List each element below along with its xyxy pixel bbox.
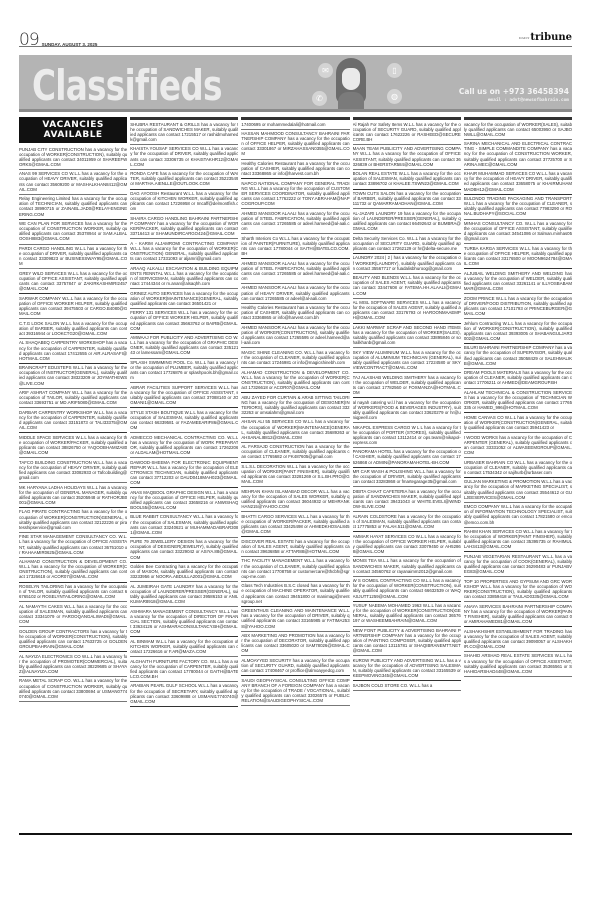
classified-ad: YUSUF NAEEMA MOHAMED 1963 W.L.L has a va… bbox=[353, 602, 461, 627]
classified-ad: RAMA METAL SCRAP CO. W.L.L has a vacancy… bbox=[19, 677, 127, 702]
classified-ad: ARAAQ ALKALLI EXCAVATION & BUILDING EQUI… bbox=[130, 264, 238, 289]
classified-ad: ABRAR FACILITIES SUPPORT SERVICES W.L.L … bbox=[130, 383, 238, 408]
classified-ad: DISCOVER REAL ESTATE has a vacancy for t… bbox=[241, 537, 349, 557]
classified-ad: PARDI CARGO HANDLING W.L.L has a vacancy… bbox=[19, 245, 127, 270]
classified-ad: Relay Engineering Limited has a vacancy … bbox=[19, 195, 127, 220]
classified-ad: KUROW PUBLICITY AND ADVERTISING W.L.L ha… bbox=[353, 656, 461, 681]
classified-ad: C.T.G LOOK SALON W.L.L has a vacancy for… bbox=[19, 319, 127, 339]
section-heading: VACANCIES AVAILABLE bbox=[19, 117, 127, 143]
classified-ad: SAJBON COLD STORE CO. W.L.L has a bbox=[353, 681, 461, 691]
classified-ad: GOLDEN GROUP CONTRACTORS has a vacancy f… bbox=[19, 627, 127, 652]
classified-ad: URBASER BAHRAIN CO W.L.L has a vacancy f… bbox=[464, 458, 572, 478]
footer-rule-right bbox=[242, 833, 572, 835]
ads-list: Al Rajah For Safety Items W.L.L has a va… bbox=[353, 120, 461, 691]
classified-ad: NAPCO NATIONAL COMPANY FOR GENERAL TRADI… bbox=[241, 179, 349, 209]
classified-ad: MAGIC SHINE CLEANING CO. W.L.L has a vac… bbox=[241, 348, 349, 368]
classified-ad: LAUNDRY 2024 | 2 | has a vacancy for the… bbox=[353, 254, 461, 274]
classified-ad: Healthy Calories Restaurant has a vacanc… bbox=[241, 160, 349, 180]
banner-bottom-stripe bbox=[19, 109, 572, 112]
classified-ad: ARIF ASHRAT COMPANY W.L.L has a vacancy … bbox=[19, 389, 127, 409]
classified-ad: SKY VIEW ALUMINIUM W.L.L has a vacancy f… bbox=[353, 348, 461, 373]
ads-list: 17400695 or mohammedalali@hotmail.comHAS… bbox=[241, 120, 349, 706]
classified-ad: Golden Bee Contracting has a vacancy for… bbox=[130, 563, 238, 583]
classified-ad: AHMED MANSOOR ALAALI has a vacancy for t… bbox=[241, 259, 349, 284]
ads-list: SHUBRA RESTAURANT & GRILLS has a vacancy… bbox=[130, 120, 238, 707]
classified-ad: ALGHAITH FURNITURE FACTORY CO. W.L.L has… bbox=[130, 657, 238, 682]
classified-ad: PURE 79 JEWELLERY DESIGN has a vacancy f… bbox=[130, 538, 238, 563]
classified-ad: AHSAN ALI 55 SERVICES CO W.L.L has a vac… bbox=[241, 418, 349, 443]
call-number: Call us on +973 36458394 bbox=[459, 87, 569, 96]
classified-ad: Glass Tech Industries B.S.C closed has a… bbox=[241, 582, 349, 607]
classified-ad: WE CAN PLAN FOR SERVICES has a vacancy f… bbox=[19, 220, 127, 245]
classified-ad: PUNJAB CITY CONSTRUCTION has a vacancy f… bbox=[19, 145, 127, 170]
classified-ad: GREENTHUS CLEANING AND MAINTENANCE W.L.L… bbox=[241, 607, 349, 632]
publication-logo: DAILYtribune bbox=[519, 32, 572, 43]
classified-ad: ALMOAYYED SECURITY has a vacancy for the… bbox=[241, 656, 349, 676]
classified-ad: Jehlum Contracting W.L.L has a vacancy f… bbox=[464, 319, 572, 344]
classified-ad: BEAUTY AND BLENDS W.L.L has a vacancy fo… bbox=[353, 274, 461, 299]
classified-ad: ABU ZAYED FOR CURTAIN & ARAB SITTING TAI… bbox=[241, 393, 349, 418]
classified-ad: ABX MARKETING AND PROMOTION has a vacanc… bbox=[241, 632, 349, 657]
classified-ad: MR CAR WASH & POLISHING W.L.L has a vaca… bbox=[353, 468, 461, 488]
classified-ad: ANAYA SERVICES BAHRAINI PARTNERSHIP COMP… bbox=[464, 602, 572, 627]
classified-ad: ZOOM PRINCE W.L.L has a vacancy for the … bbox=[464, 294, 572, 319]
ads-list: PUNJAB CITY CONSTRUCTION has a vacancy f… bbox=[19, 145, 127, 702]
globe-icon: ◍ bbox=[387, 89, 402, 104]
classified-ad: ANAS 99 SERVICES CO W.L.L has a vacancy … bbox=[19, 170, 127, 195]
classified-ad: FERRY 131 SERVICES W.L.L has a vacancy f… bbox=[130, 309, 238, 334]
classified-ad: PANORAMA HOTEL has a vacancy for the occ… bbox=[353, 448, 461, 468]
classified-ad: A - KARIM ALJAMROMI CONTRACTING COMPANY … bbox=[130, 239, 238, 264]
classified-ad: MIDDLE SPACE SERVICES W.L.L has a vacanc… bbox=[19, 433, 127, 458]
classified-ad: Delta Security Services Co. W.L.L has a … bbox=[353, 234, 461, 254]
classified-ad: ROSELYN TAILORING has a vacancy for the … bbox=[19, 583, 127, 603]
classified-ad: AL FARSAJD CONSTRUCTION has a vacancy fo… bbox=[241, 443, 349, 463]
classified-ad: NIKAPOL EXPRESS CARGO W L L has a vacanc… bbox=[353, 423, 461, 448]
classified-ad: AMWAAJ FOR PUBLICITY AND ADVERTISING CO … bbox=[130, 334, 238, 359]
classified-ad: AL MISL SOFTWARE SERVICES W.L.L has a va… bbox=[353, 299, 461, 324]
classified-ad: PUNJAB VEGETARIAN RESTAURANT W.L.L has a… bbox=[464, 552, 572, 577]
classified-ad: SHAIRA CARGO HANDLING BAHRAINI PARTNERSH… bbox=[130, 214, 238, 239]
classified-ad: FLAG PIRATE CONTRACTING has a vacancy fo… bbox=[19, 508, 127, 533]
classified-ad: THC FACILITY MANAGEMENT W.L.L has a vaca… bbox=[241, 557, 349, 582]
classified-ad: GREY WILD SERVICES W.L.L has a vacancy f… bbox=[19, 269, 127, 294]
classified-ad: AHMED MANSOOR ALAALI has a vacancy for t… bbox=[241, 209, 349, 234]
header-left: 09 SUNDAY, AUGUST 3, 2025 bbox=[19, 28, 271, 48]
classified-ad: AHMED MANSOOR ALAALI has a vacancy for t… bbox=[241, 284, 349, 304]
ads-list: vacancy for the occupation of WORKER(SAL… bbox=[464, 120, 572, 677]
classified-ad: SHAHID ARSHAD REAL ESTATE SERVICES W.L.L… bbox=[464, 652, 572, 677]
footer-rule-left bbox=[19, 833, 242, 835]
classified-ad: ANAS MAQBOOL GRAPHIC DESIGN W.L.L has a … bbox=[130, 488, 238, 513]
classified-ad: STYLE STASH BOUTIQUE W.L.L has a vacancy… bbox=[130, 408, 238, 433]
classified-ad: DIBITA CHAAT CAFETERIA has a vacancy for… bbox=[353, 487, 461, 512]
classified-ad: GULJAN MARKETING & PROMOTION W.L.L has a… bbox=[464, 478, 572, 503]
column-4: Al Rajah For Safety Items W.L.L has a va… bbox=[353, 117, 461, 832]
classified-ad: 17400695 or mohammedalali@hotmail.com bbox=[241, 120, 349, 130]
classified-ad: LAKKI MARWAT SCRAP AND SECOND HAND ITEMS… bbox=[353, 324, 461, 349]
column-3: 17400695 or mohammedalali@hotmail.comHAS… bbox=[241, 117, 349, 832]
classified-ad: ALHAMAD CONSTRUCTION & DEVELOPMENT CO. W… bbox=[241, 368, 349, 393]
classified-ad: BOLAN REAL ESTATE W.L.L has a vacancy fo… bbox=[353, 170, 461, 190]
classified-ad: MEHRAN KHAN ISLAMABAD DECOR W.L.L has a … bbox=[241, 487, 349, 512]
classified-ad: SARWAR COMPANY W.L.L has a vacancy for t… bbox=[19, 294, 127, 319]
classified-ad: ARABIAN PEARL GULF SCHOOL W.L.L has a va… bbox=[130, 682, 238, 707]
classifieds-banner: Classifieds ✉ ✆ ▯ ◍ Call us on +973 3645… bbox=[19, 55, 572, 112]
classified-ad: FINE STAR MANAGEMENT CONSULTANCY CO. W.L… bbox=[19, 533, 127, 558]
classified-ad: HASSAN MAHMOOD CONSULTANCY BAHRAINI PART… bbox=[241, 130, 349, 160]
classified-ad: AL SHAQABEQ CARPENTRY WORKSHOP has a vac… bbox=[19, 339, 127, 364]
classified-ad: MK HARYANA LADHA HOLIDAYS W.L.L has a va… bbox=[19, 483, 127, 508]
classified-ad: RONDA CAFE has a vacancy for the occupat… bbox=[130, 170, 238, 190]
classified-ad: al nayah catering w.l.l has a vacancy fo… bbox=[353, 398, 461, 423]
classified-ad: TURBA KARGA SERVICES W.L.L has a vacancy… bbox=[464, 244, 572, 269]
classified-ad: DAG AYOOSH Restaurant W.L.L has a vacanc… bbox=[130, 190, 238, 215]
classified-ad: Sharth Interiors Co W.L.L has a vacancy … bbox=[241, 234, 349, 259]
column-5: vacancy for the occupation of WORKER(SAL… bbox=[464, 117, 572, 832]
classified-ad: S.L.S.L DECORATION W.L.L has a vacancy f… bbox=[241, 463, 349, 488]
classified-ad: I WOOD WORKS has a vacancy for the occup… bbox=[464, 433, 572, 458]
classified-ad: TAJ ALASHAB WELDING SMITHERY has a vacan… bbox=[353, 373, 461, 398]
classified-ad: SPLASH SWIMMING POOL Co. W.L.L has a vac… bbox=[130, 359, 238, 384]
mascot-illustration bbox=[330, 58, 374, 110]
classified-ad: TAFCO BUILDING CONSTRUCTION W.L.L has a … bbox=[19, 458, 127, 483]
classified-ad: SAUDI GEOPHYSICAL CONSULTING OFFICE COMP… bbox=[241, 676, 349, 706]
column-2: SHUBRA RESTAURANT & GRILLS has a vacancy… bbox=[130, 117, 238, 832]
classified-ad: ASHMARA MANAGEMENT CONSULTANCY W.L.L has… bbox=[130, 607, 238, 637]
classified-ad: AL JUMEIRAH GATE LAUNDRY has a vacancy f… bbox=[130, 582, 238, 607]
classified-ad: MONIS TEA W.L.L has a vacancy for the oc… bbox=[353, 557, 461, 577]
classified-ad: GRINEZ AUTO SERVICES has a vacancy for t… bbox=[130, 289, 238, 309]
classified-ad: DAWOOD-SHEEMA FOR ELECTRONIC EQUIPMENT R… bbox=[130, 458, 238, 488]
phone-icon: ✆ bbox=[312, 91, 327, 106]
classified-ad: BILURI BAHRAINI PARTNERSHIP COMPANY has … bbox=[464, 344, 572, 369]
classified-ad: TOP 10 PROPERTIES AND GYPSUM AND GRC WOR… bbox=[464, 577, 572, 602]
publication-prefix: DAILY bbox=[519, 36, 529, 40]
classified-ad: ALHAMAD CONSTRUCTION & DEVELOPMENT CO. W… bbox=[19, 558, 127, 583]
classified-ad: Al Rajah For Safety Items W.L.L has a va… bbox=[353, 120, 461, 145]
classified-ad: MINHAS CONSULTANCY CO. W.L.L has a vacan… bbox=[464, 220, 572, 245]
classified-ad: MAAN TEAM PUBLICITY AND ADVERTISING COMP… bbox=[353, 145, 461, 170]
classified-ad: AMMAR HAYAT SERVICES CO W.L.L has a vaca… bbox=[353, 532, 461, 557]
classifieds-columns: VACANCIES AVAILABLE PUNJAB CITY CONSTRUC… bbox=[19, 117, 572, 832]
classified-ad: AHMED MANSOOR ALAALI has a vacancy for t… bbox=[241, 324, 349, 349]
classified-ad: RAHIM KHAN SERVICES CO W.L.L has a vacan… bbox=[464, 528, 572, 553]
classified-ad: W S GOMEIL CONTRACTING CO W.L.L has a va… bbox=[353, 577, 461, 602]
classified-ad: AL NAYIZA ELECTRONICS CO W.L.L has a vac… bbox=[19, 652, 127, 677]
classified-ad: AL BINMAM W.L.L has a vacancy for the oc… bbox=[130, 637, 238, 657]
column-1: VACANCIES AVAILABLE PUNJAB CITY CONSTRUC… bbox=[19, 117, 127, 832]
classified-ad: AL-JAZARI LAUNDRY 19 has a vacancy for t… bbox=[353, 209, 461, 234]
classified-ad: BHATTI CARGO SERVICES W.L.L has a vacanc… bbox=[241, 512, 349, 537]
classified-ad: ALAHLAM TECHNICAL & CONSTRUCTION SERVICE… bbox=[464, 389, 572, 414]
classified-ad: KHAIR MUHAMMAD SERVICES CO W.L.L has a v… bbox=[464, 170, 572, 195]
classified-ad: ADMECCO MECHANICAL CONTRACTING CO. W.L.L… bbox=[130, 433, 238, 458]
classified-ad: EMCO COMPANY W.L.L has a vacancy for the… bbox=[464, 503, 572, 528]
classified-ad: BLUE RABBIT CONSULTANCY W.L.L has a vaca… bbox=[130, 513, 238, 538]
classified-ad: NEW FONT PUBLICITY & ADVERTISING BAHRAIN… bbox=[353, 627, 461, 657]
classified-ad: SHUBRA RESTAURANT & GRILLS has a vacancy… bbox=[130, 120, 238, 145]
banner-contact: Call us on +973 36458394 email : advt@ne… bbox=[459, 87, 569, 103]
classified-ad: BRAINCRAFT EDUSTEPS W.L.L has a vacancy … bbox=[19, 364, 127, 389]
classified-ad: KHAISTA YOUSAF SERVICES CO W.L.L has a v… bbox=[130, 145, 238, 170]
banner-title: Classifieds bbox=[32, 61, 222, 110]
classified-ad: SARINA MECHANICAL AND ELECTRICAL CONTRAC… bbox=[464, 140, 572, 170]
classified-ad: AL NAMAYTH CAKES W.L.L has a vacancy for… bbox=[19, 602, 127, 627]
header-divider bbox=[19, 46, 572, 47]
publication-name: tribune bbox=[530, 32, 572, 43]
classified-ad: DARBAR CARPENTRY WORKSHOP W.L.L has a va… bbox=[19, 408, 127, 433]
contact-email: email : advt@newsofbahrain.com bbox=[459, 98, 569, 103]
classified-ad: ALRAIN COLDSTORE has a vacancy for the o… bbox=[353, 512, 461, 532]
mobile-icon: ▯ bbox=[387, 63, 402, 78]
classified-ad: vacancy for the occupation of WORKER(SAL… bbox=[464, 120, 572, 140]
classified-ad: ALJUBAIL WELDING SMITHERY AND WELDING ha… bbox=[464, 269, 572, 294]
classified-ad: Healthy Calories Restaurant has a vacanc… bbox=[241, 304, 349, 324]
classified-ad: HOME CANVAS CO W.L.L has a vacancy for t… bbox=[464, 413, 572, 433]
classified-ad: DREAM POOLS MATERIALS has a vacancy for … bbox=[464, 369, 572, 389]
classified-ad: ALSHAKHSHIR ESTABLISHMENT FOR TRADING ha… bbox=[464, 627, 572, 652]
classified-ad: TOWN CUTS SALON has a vacancy for the oc… bbox=[353, 190, 461, 210]
classified-ad: BULDNDO TRADING PACKAGING AND TRANSPORT … bbox=[464, 195, 572, 220]
